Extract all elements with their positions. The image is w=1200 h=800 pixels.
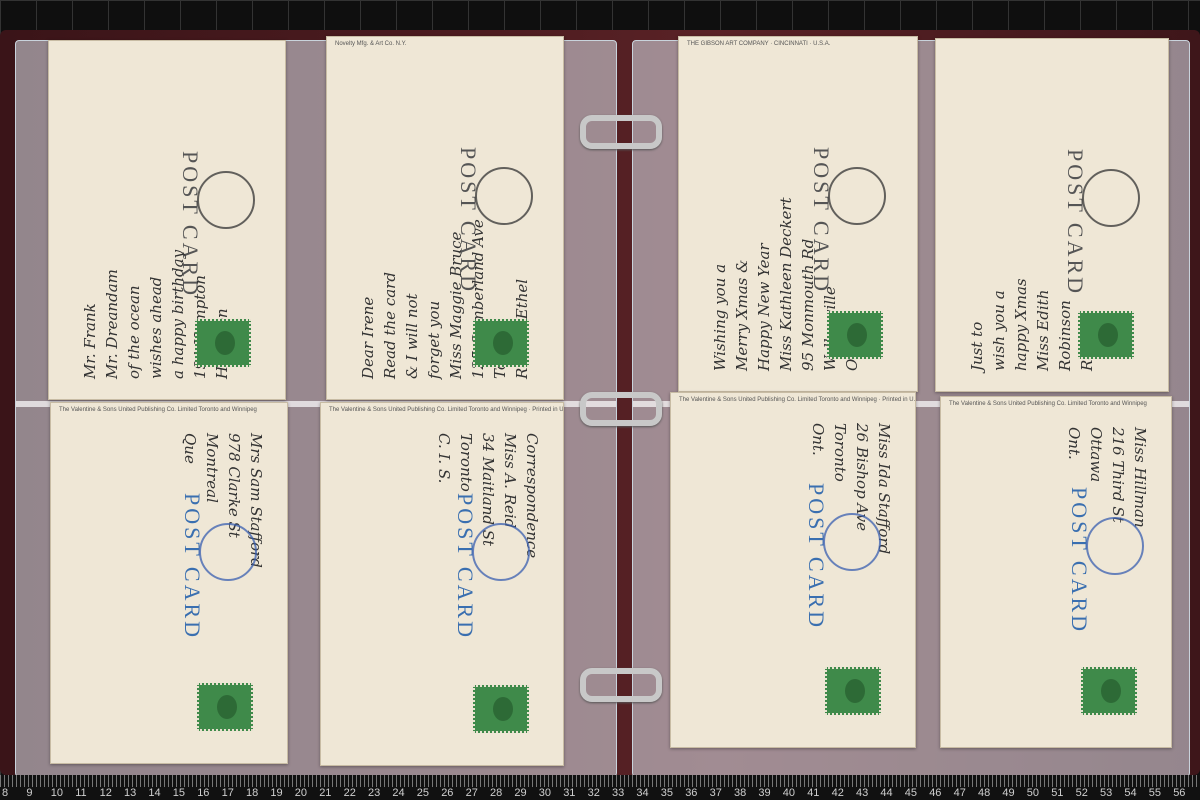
ruler-label: 17 xyxy=(222,787,234,799)
publisher-imprint: Novelty Mfg. & Art Co. N.Y. xyxy=(335,41,407,47)
ruler-label: 52 xyxy=(1076,787,1088,799)
postmark-cancel xyxy=(475,167,533,225)
ruler-label: 21 xyxy=(319,787,331,799)
postmark-cancel xyxy=(1086,517,1144,575)
publisher-imprint: THE GIBSON ART COMPANY · CINCINNATI · U.… xyxy=(687,41,830,47)
ruler-label: 47 xyxy=(954,787,966,799)
ruler-label: 16 xyxy=(197,787,209,799)
ruler-label: 51 xyxy=(1051,787,1063,799)
postcard: The Valentine & Sons United Publishing C… xyxy=(940,396,1172,748)
ruler-label: 48 xyxy=(978,787,990,799)
postcard: POST CARDJust to wish you a happy Xmas M… xyxy=(935,38,1169,392)
publisher-imprint: The Valentine & Sons United Publishing C… xyxy=(949,401,1147,407)
ruler-label: 15 xyxy=(173,787,185,799)
postmark-cancel xyxy=(197,171,255,229)
postcard: POST CARDMr. Frank Mr. Dreandam of the o… xyxy=(48,40,286,400)
postage-stamp xyxy=(1078,311,1134,359)
postcard: THE GIBSON ART COMPANY · CINCINNATI · U.… xyxy=(678,36,918,392)
postmark-cancel xyxy=(472,523,530,581)
postage-stamp xyxy=(825,667,881,715)
ruler-label: 9 xyxy=(26,787,32,799)
ruler-label: 55 xyxy=(1149,787,1161,799)
binder-ring xyxy=(580,668,662,702)
ruler-label: 56 xyxy=(1173,787,1185,799)
ruler-label: 30 xyxy=(539,787,551,799)
postcard-heading: POST CARD xyxy=(1062,149,1088,296)
postmark-cancel xyxy=(823,513,881,571)
ruler-label: 28 xyxy=(490,787,502,799)
publisher-imprint: The Valentine & Sons United Publishing C… xyxy=(679,397,916,403)
ruler: 8910111213141516171819202122232425262728… xyxy=(0,775,1200,800)
ruler-label: 54 xyxy=(1124,787,1136,799)
king-portrait-icon xyxy=(845,679,865,703)
postage-stamp xyxy=(473,685,529,733)
ruler-label: 35 xyxy=(661,787,673,799)
ruler-label: 36 xyxy=(685,787,697,799)
king-portrait-icon xyxy=(493,331,513,355)
king-portrait-icon xyxy=(493,697,513,721)
ruler-label: 10 xyxy=(51,787,63,799)
binder-ring xyxy=(580,115,662,149)
postcard: The Valentine & Sons United Publishing C… xyxy=(320,402,564,766)
ruler-label: 29 xyxy=(514,787,526,799)
ruler-label: 44 xyxy=(880,787,892,799)
ruler-label: 37 xyxy=(710,787,722,799)
postcard: The Valentine & Sons United Publishing C… xyxy=(50,402,288,764)
ruler-label: 38 xyxy=(734,787,746,799)
handwritten-message: Miss Hillman 216 Third St Ottawa Ont. xyxy=(1063,427,1151,528)
ruler-label: 14 xyxy=(148,787,160,799)
publisher-imprint: The Valentine & Sons United Publishing C… xyxy=(329,407,564,413)
ruler-label: 40 xyxy=(783,787,795,799)
publisher-imprint: The Valentine & Sons United Publishing C… xyxy=(59,407,257,413)
ruler-label: 8 xyxy=(2,787,8,799)
ruler-label: 50 xyxy=(1027,787,1039,799)
postmark-cancel xyxy=(828,167,886,225)
ruler-label: 34 xyxy=(636,787,648,799)
postage-stamp xyxy=(1081,667,1137,715)
ruler-label: 53 xyxy=(1100,787,1112,799)
ruler-label: 41 xyxy=(807,787,819,799)
postmark-cancel xyxy=(1082,169,1140,227)
ruler-label: 18 xyxy=(246,787,258,799)
ruler-label: 27 xyxy=(466,787,478,799)
ruler-label: 13 xyxy=(124,787,136,799)
ruler-ticks xyxy=(0,775,1200,787)
ruler-label: 12 xyxy=(100,787,112,799)
ruler-label: 31 xyxy=(563,787,575,799)
ruler-label: 19 xyxy=(270,787,282,799)
ruler-label: 26 xyxy=(441,787,453,799)
ruler-label: 39 xyxy=(758,787,770,799)
ruler-label: 43 xyxy=(856,787,868,799)
postcard: Novelty Mfg. & Art Co. N.Y.POST CARDDear… xyxy=(326,36,564,400)
ruler-label: 11 xyxy=(75,787,86,799)
ruler-label: 20 xyxy=(295,787,307,799)
postmark-cancel xyxy=(199,523,257,581)
king-portrait-icon xyxy=(215,331,235,355)
king-portrait-icon xyxy=(1101,679,1121,703)
ruler-label: 45 xyxy=(905,787,917,799)
ruler-label: 24 xyxy=(392,787,404,799)
postage-stamp xyxy=(197,683,253,731)
postage-stamp xyxy=(827,311,883,359)
ruler-label: 23 xyxy=(368,787,380,799)
king-portrait-icon xyxy=(1098,323,1118,347)
king-portrait-icon xyxy=(847,323,867,347)
binder-ring xyxy=(580,392,662,426)
postage-stamp xyxy=(195,319,251,367)
ruler-label: 49 xyxy=(1002,787,1014,799)
ruler-label: 32 xyxy=(588,787,600,799)
postcard: The Valentine & Sons United Publishing C… xyxy=(670,392,916,748)
postage-stamp xyxy=(473,319,529,367)
king-portrait-icon xyxy=(217,695,237,719)
ruler-label: 33 xyxy=(612,787,624,799)
ruler-label: 22 xyxy=(344,787,356,799)
ruler-label: 25 xyxy=(417,787,429,799)
ruler-label: 46 xyxy=(929,787,941,799)
ruler-label: 42 xyxy=(832,787,844,799)
